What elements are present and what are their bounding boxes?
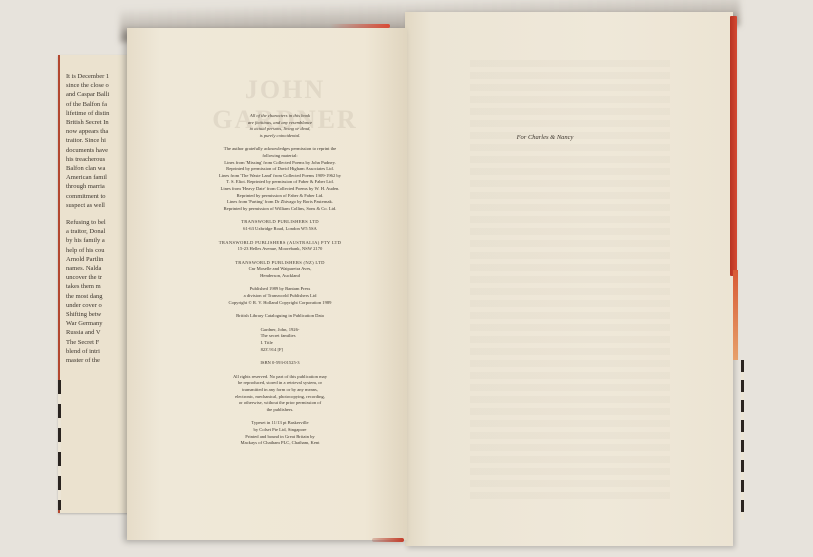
- text-line: Mackays of Chatham PLC, Chatham, Kent: [180, 440, 380, 447]
- text-line: a division of Transworld Publishers Ltd: [180, 293, 380, 300]
- text-line: now appears tha: [66, 127, 128, 136]
- text-line: Published 1989 by Bantam Press: [180, 286, 380, 293]
- text-line: lifetime of distin: [66, 109, 128, 118]
- dedication: For Charles & Nancy: [470, 134, 620, 141]
- text-line: suspect as well: [66, 201, 128, 210]
- blurb-paragraph-1: It is December 1since the close oand Cas…: [66, 72, 128, 210]
- text-line: under cover o: [66, 301, 128, 310]
- show-through-text: [470, 60, 670, 500]
- text-line: Printed and bound in Great Britain by: [180, 434, 380, 441]
- text-line: blend of intri: [66, 347, 128, 356]
- text-line: American famil: [66, 173, 128, 182]
- rights-notice: All rights reserved. No part of this pub…: [180, 374, 380, 414]
- publisher-entry: TRANSWORLD PUBLISHERS LTD61-63 Uxbridge …: [180, 219, 380, 232]
- text-line: and Caspar Balli: [66, 90, 128, 99]
- text-line: by Colset Pte Ltd, Singapore: [180, 427, 380, 434]
- text-line: Typeset in 11/13 pt Baskerville: [180, 420, 380, 427]
- text-line: 823'.914 [F]: [261, 347, 300, 354]
- text-line: transmitted in any form or by any means,: [180, 387, 380, 394]
- text-line: traitor. Since hi: [66, 136, 128, 145]
- text-line: Reprinted by permission of William Colli…: [180, 206, 380, 213]
- text-line: The Secret F: [66, 338, 128, 347]
- copyright-imprint: All of the characters in this bookare fi…: [180, 113, 380, 454]
- text-line: takes them m: [66, 282, 128, 291]
- text-line: are fictitious, and any resemblance: [180, 120, 380, 127]
- cip-heading: British Library Cataloguing in Publicati…: [180, 313, 380, 320]
- text-line: Refusing to bel: [66, 218, 128, 227]
- publisher-address: 15-23 Helles Avenue, Moorebank, NSW 2170: [180, 246, 380, 253]
- text-line: Reprinted by permission of David Higham …: [180, 166, 380, 173]
- back-page-text: It is December 1since the close oand Cas…: [66, 72, 128, 373]
- text-line: Shifting betw: [66, 310, 128, 319]
- text-line: Lines from 'Missing' from Collected Poem…: [180, 160, 380, 167]
- text-line: All of the characters in this book: [180, 113, 380, 120]
- text-line: following material:: [180, 153, 380, 160]
- cover-edge-top: [330, 24, 390, 28]
- text-line: electronic, mechanical, photocopying, re…: [180, 394, 380, 401]
- text-line: of the Balfon fa: [66, 100, 128, 109]
- text-line: Copyright © R. V. Holland Copyright Corp…: [180, 300, 380, 307]
- text-line: names. Nalda: [66, 264, 128, 273]
- text-line: Lines from 'Parting' from Dr Zhivago by …: [180, 199, 380, 206]
- cip-data: Gardner, John, 1926-The secret familiesI…: [261, 327, 300, 353]
- blurb-paragraph-2: Refusing to bela traitor, Donalby his fa…: [66, 218, 128, 365]
- text-line: his treacherous: [66, 155, 128, 164]
- text-line: the publishers.: [180, 407, 380, 414]
- text-line: British Secret In: [66, 118, 128, 127]
- text-line: is purely coincidental.: [180, 133, 380, 140]
- text-line: master of the: [66, 356, 128, 365]
- text-line: The secret families: [261, 333, 300, 340]
- publisher-address: Henderson, Auckland: [180, 273, 380, 280]
- publishers: TRANSWORLD PUBLISHERS LTD61-63 Uxbridge …: [180, 219, 380, 279]
- text-line: Gardner, John, 1926-: [261, 327, 300, 334]
- text-line: to actual persons, living or dead,: [180, 126, 380, 133]
- text-line: documents have: [66, 146, 128, 155]
- cover-edge-orange: [733, 270, 738, 360]
- text-line: Russia and V: [66, 328, 128, 337]
- text-line: Balfon clan wa: [66, 164, 128, 173]
- publisher-address: Cnr Moselle and Waipareira Aves,: [180, 266, 380, 273]
- text-line: be reproduced, stored in a retrieval sys…: [180, 380, 380, 387]
- printing-info: Typeset in 11/13 pt Baskervilleby Colset…: [180, 420, 380, 446]
- cover-stripe-left: [58, 380, 61, 510]
- text-line: Lines from 'Heavy Date' from Collected P…: [180, 186, 380, 193]
- text-line: a traitor, Donal: [66, 227, 128, 236]
- publisher-name: TRANSWORLD PUBLISHERS LTD: [180, 219, 380, 226]
- text-line: since the close o: [66, 81, 128, 90]
- cover-edge-bottom: [372, 538, 404, 542]
- isbn: ISBN 0-593-01525-3: [180, 360, 380, 367]
- text-line: All rights reserved. No part of this pub…: [180, 374, 380, 381]
- text-line: commitment to: [66, 192, 128, 201]
- publisher-address: 61-63 Uxbridge Road, London W5 5SA: [180, 226, 380, 233]
- text-line: uncover the tr: [66, 273, 128, 282]
- text-line: War Germany: [66, 319, 128, 328]
- text-line: T. S. Eliot. Reprinted by permission of …: [180, 179, 380, 186]
- text-line: help of his cou: [66, 246, 128, 255]
- text-line: The author gratefully acknowledges permi…: [180, 146, 380, 153]
- cover-stripe-right: [741, 360, 744, 520]
- disclaimer: All of the characters in this bookare fi…: [180, 113, 380, 139]
- text-line: I. Title: [261, 340, 300, 347]
- cover-edge-red: [730, 16, 737, 276]
- text-line: through marria: [66, 182, 128, 191]
- text-line: Arnold Partlin: [66, 255, 128, 264]
- publisher-entry: TRANSWORLD PUBLISHERS (AUSTRALIA) PTY LT…: [180, 240, 380, 253]
- publication-info: Published 1989 by Bantam Pressa division…: [180, 286, 380, 306]
- text-line: the most dang: [66, 292, 128, 301]
- publisher-name: TRANSWORLD PUBLISHERS (AUSTRALIA) PTY LT…: [180, 240, 380, 247]
- text-line: Lines from 'The Waste Land' from Collect…: [180, 173, 380, 180]
- publisher-name: TRANSWORLD PUBLISHERS (NZ) LTD: [180, 260, 380, 267]
- acknowledgements: The author gratefully acknowledges permi…: [180, 146, 380, 212]
- text-line: Reprinted by permission of Faber & Faber…: [180, 193, 380, 200]
- publisher-entry: TRANSWORLD PUBLISHERS (NZ) LTDCnr Mosell…: [180, 260, 380, 280]
- text-line: by his family a: [66, 236, 128, 245]
- text-line: It is December 1: [66, 72, 128, 81]
- text-line: or otherwise, without the prior permissi…: [180, 400, 380, 407]
